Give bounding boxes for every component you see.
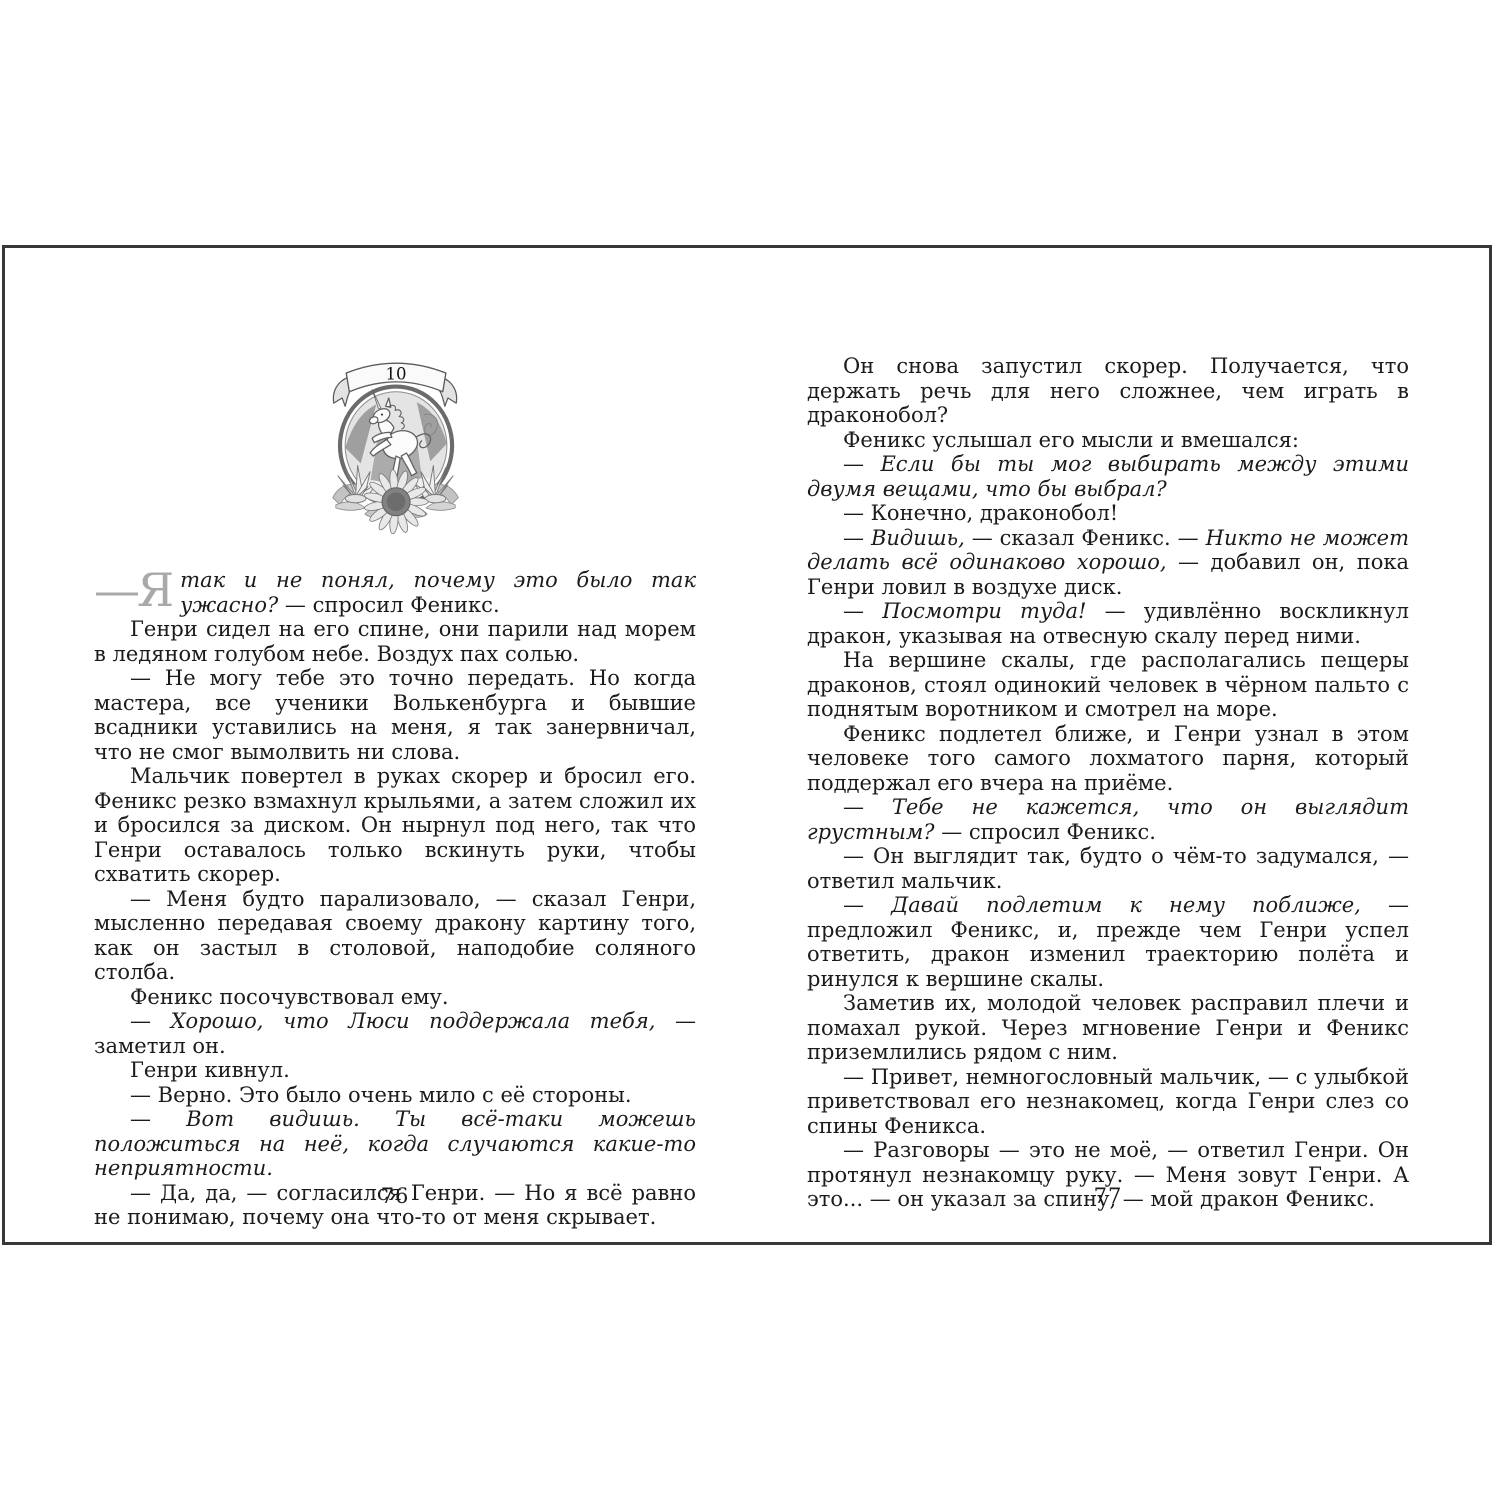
text-segment: — [843, 795, 892, 819]
text-segment: — Привет, немногословный мальчик, — с ул… [807, 1065, 1409, 1138]
book-spread-photo: 10 [0, 0, 1500, 1500]
page-number-right: 77 [807, 1184, 1409, 1208]
text-segment: — [130, 1009, 171, 1033]
paragraph: — Видишь, — сказал Феникс. — Никто не мо… [807, 526, 1409, 600]
paragraph: — Давай подлетим к нему поближе, — предл… [807, 893, 1409, 991]
text-segment: Если бы ты мог выбирать между этими двум… [807, 452, 1409, 501]
text-segment: Видишь, [871, 526, 965, 550]
text-segment: — [843, 893, 891, 917]
paragraph: — Не могу тебе это точно передать. Но ко… [94, 666, 696, 764]
text-segment: — [130, 1107, 186, 1131]
text-segment: — Меня будто парализовало, — сказал Генр… [94, 887, 696, 985]
unicorn-medallion-icon: 10 [325, 344, 465, 536]
text-segment: — спросил Феникс. [935, 820, 1156, 844]
text-segment: На вершине скалы, где располагались пеще… [807, 648, 1409, 721]
text-segment: — [843, 599, 882, 623]
text-segment: Феникс посочувствовал ему. [130, 985, 449, 1009]
paragraph: — Посмотри туда! — удивлённо воскликнул … [807, 599, 1409, 648]
left-page-text: —Ятак и не понял, почему это было так уж… [94, 568, 696, 1230]
text-segment: Он снова запустил скорер. Получается, чт… [807, 354, 1409, 427]
paragraph: Заметив их, молодой человек расправил пл… [807, 991, 1409, 1065]
text-segment: Феникс подлетел ближе, и Генри узнал в э… [807, 722, 1409, 795]
chapter-illustration: 10 [325, 344, 465, 536]
paragraph: — Хорошо, что Люси поддержала тебя, — за… [94, 1009, 696, 1058]
text-segment: — сказал Феникс. — [965, 526, 1206, 550]
text-segment: — [843, 452, 880, 476]
text-segment: — Не могу тебе это точно передать. Но ко… [94, 666, 696, 764]
paragraph: Феникс подлетел ближе, и Генри узнал в э… [807, 722, 1409, 796]
chapter-number: 10 [385, 364, 406, 383]
paragraph: Мальчик повертел в руках скорер и бросил… [94, 764, 696, 887]
text-segment: — Он выглядит так, будто о чём-то задума… [807, 844, 1409, 893]
text-segment: — [843, 526, 871, 550]
text-segment: — Конечно, драконобол! [843, 501, 1118, 525]
right-page: Он снова запустил скорер. Получается, чт… [807, 248, 1409, 1212]
paragraph: Генри сидел на его спине, они парили над… [94, 617, 696, 666]
paragraph: — Привет, немногословный мальчик, — с ул… [807, 1065, 1409, 1139]
paragraph: Он снова запустил скорер. Получается, чт… [807, 354, 1409, 428]
text-segment: Хорошо, что Люси поддержала тебя, [171, 1009, 656, 1033]
paragraph: На вершине скалы, где располагались пеще… [807, 648, 1409, 722]
paragraph: Феникс услышал его мысли и вмешался: [807, 428, 1409, 453]
paragraph: Феникс посочувствовал ему. [94, 985, 696, 1010]
page-number-left: 76 [94, 1184, 696, 1208]
text-segment: Генри сидел на его спине, они парили над… [94, 617, 696, 666]
left-page: 10 [94, 248, 696, 1230]
text-segment: — Верно. Это было очень мило с её сторон… [130, 1083, 632, 1107]
paragraph: —Ятак и не понял, почему это было так уж… [94, 568, 696, 617]
drop-cap: —Я [94, 568, 171, 616]
paragraph: — Меня будто парализовало, — сказал Генр… [94, 887, 696, 985]
text-segment: Генри кивнул. [130, 1058, 290, 1082]
paragraph: Генри кивнул. [94, 1058, 696, 1083]
paragraph: — Тебе не кажется, что он выглядит груст… [807, 795, 1409, 844]
text-segment: Мальчик повертел в руках скорер и бросил… [94, 764, 696, 886]
right-page-text: Он снова запустил скорер. Получается, чт… [807, 354, 1409, 1212]
paragraph: — Вот видишь. Ты всё-таки можешь положит… [94, 1107, 696, 1181]
page-frame: 10 [2, 245, 1492, 1245]
text-segment: Феникс услышал его мысли и вмешался: [843, 428, 1299, 452]
text-segment: Посмотри туда! [882, 599, 1086, 623]
paragraph: — Если бы ты мог выбирать между этими дв… [807, 452, 1409, 501]
text-segment: Давай подлетим к нему поближе, [891, 893, 1361, 917]
text-segment: Заметив их, молодой человек расправил пл… [807, 991, 1409, 1064]
text-segment: — спросил Феникс. [285, 593, 500, 617]
paragraph: — Он выглядит так, будто о чём-то задума… [807, 844, 1409, 893]
paragraph: — Конечно, драконобол! [807, 501, 1409, 526]
paragraph: — Верно. Это было очень мило с её сторон… [94, 1083, 696, 1108]
